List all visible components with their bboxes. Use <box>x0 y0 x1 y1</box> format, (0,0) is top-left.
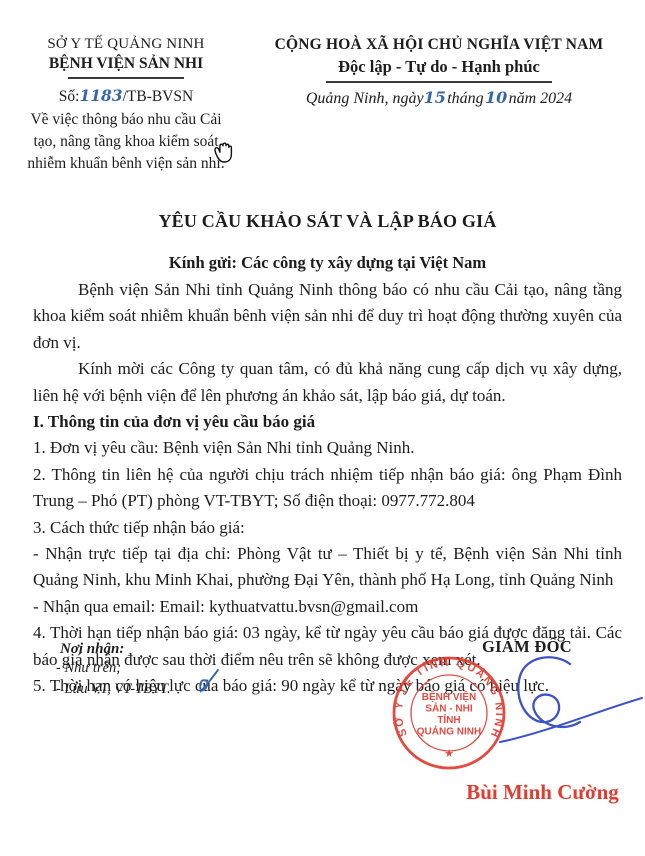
section-1-heading: I. Thông tin của đơn vị yêu cầu báo giá <box>33 409 622 435</box>
body-paragraph: Kính mời các Công ty quan tâm, có đủ khả… <box>33 356 622 409</box>
section-item: 1. Đơn vị yêu cầu: Bệnh viện Sản Nhi tỉn… <box>33 435 622 461</box>
signer-name: Bùi Minh Cường <box>440 780 645 805</box>
parent-agency-name: SỞ Y TẾ QUẢNG NINH <box>20 36 232 53</box>
national-header-block: CỘNG HOÀ XÃ HỘI CHỦ NGHĨA VIỆT NAM Độc l… <box>248 36 630 108</box>
section-item: - Nhận qua email: Email: kythuatvattu.bv… <box>33 594 622 620</box>
place-date-line: Quảng Ninh, ngày15 tháng 10 năm 2024 <box>248 88 630 108</box>
section-item: 3. Cách thức tiếp nhận báo giá: <box>33 515 622 541</box>
header-left-underline <box>68 77 184 79</box>
issuing-agency-block: SỞ Y TẾ QUẢNG NINH BỆNH VIỆN SẢN NHI Số:… <box>20 36 232 175</box>
salutation-line: Kính gửi: Các công ty xây dựng tại Việt … <box>33 253 622 273</box>
recipient-item: - Như trên; <box>56 658 171 679</box>
grab-hand-cursor-icon <box>212 139 235 165</box>
document-title: YÊU CẦU KHẢO SÁT VÀ LẬP BÁO GIÁ <box>33 211 622 232</box>
section-item: 2. Thông tin liên hệ của người chịu trác… <box>33 462 622 515</box>
body-paragraph: Bệnh viện Sản Nhi tỉnh Quảng Ninh thông … <box>33 277 622 356</box>
header-right-underline <box>326 81 552 83</box>
date-prefix: Quảng Ninh, ngày <box>306 90 424 107</box>
stamp-center-line: TỈNH <box>437 713 460 726</box>
date-mid: tháng <box>447 90 483 107</box>
hospital-name: BỆNH VIỆN SẢN NHI <box>20 55 232 73</box>
recipient-item: - Lưu VT, VT-TBYT. <box>56 679 171 700</box>
document-number-label: Số: <box>59 88 80 105</box>
stamp-star-icon: ★ <box>444 748 454 760</box>
date-day-handwritten: 15 <box>424 88 446 107</box>
director-signature <box>466 650 645 750</box>
date-suffix: năm 2024 <box>509 90 573 107</box>
clerk-initial-flourish <box>196 667 223 696</box>
date-month-handwritten: 10 <box>485 88 507 107</box>
national-motto-line1: CỘNG HOÀ XÃ HỘI CHỦ NGHĨA VIỆT NAM <box>248 36 630 54</box>
document-number-suffix: /TB-BVSN <box>123 88 194 105</box>
national-motto-line2: Độc lập - Tự do - Hạnh phúc <box>248 57 630 77</box>
document-subject: Về việc thông báo nhu cầu Cải tạo, nâng … <box>20 109 232 175</box>
document-number-handwritten: 1183 <box>79 86 122 105</box>
recipients-block: Nơi nhận: - Như trên; - Lưu VT, VT-TBYT. <box>60 641 171 699</box>
section-item: - Nhận trực tiếp tại địa chỉ: Phòng Vật … <box>33 541 622 594</box>
recipients-heading: Nơi nhận: <box>60 641 171 658</box>
scanned-document-page: { "colors": { "ink_blue": "#3565ae", "st… <box>0 0 645 856</box>
document-number-line: Số:1183/TB-BVSN <box>20 86 232 106</box>
